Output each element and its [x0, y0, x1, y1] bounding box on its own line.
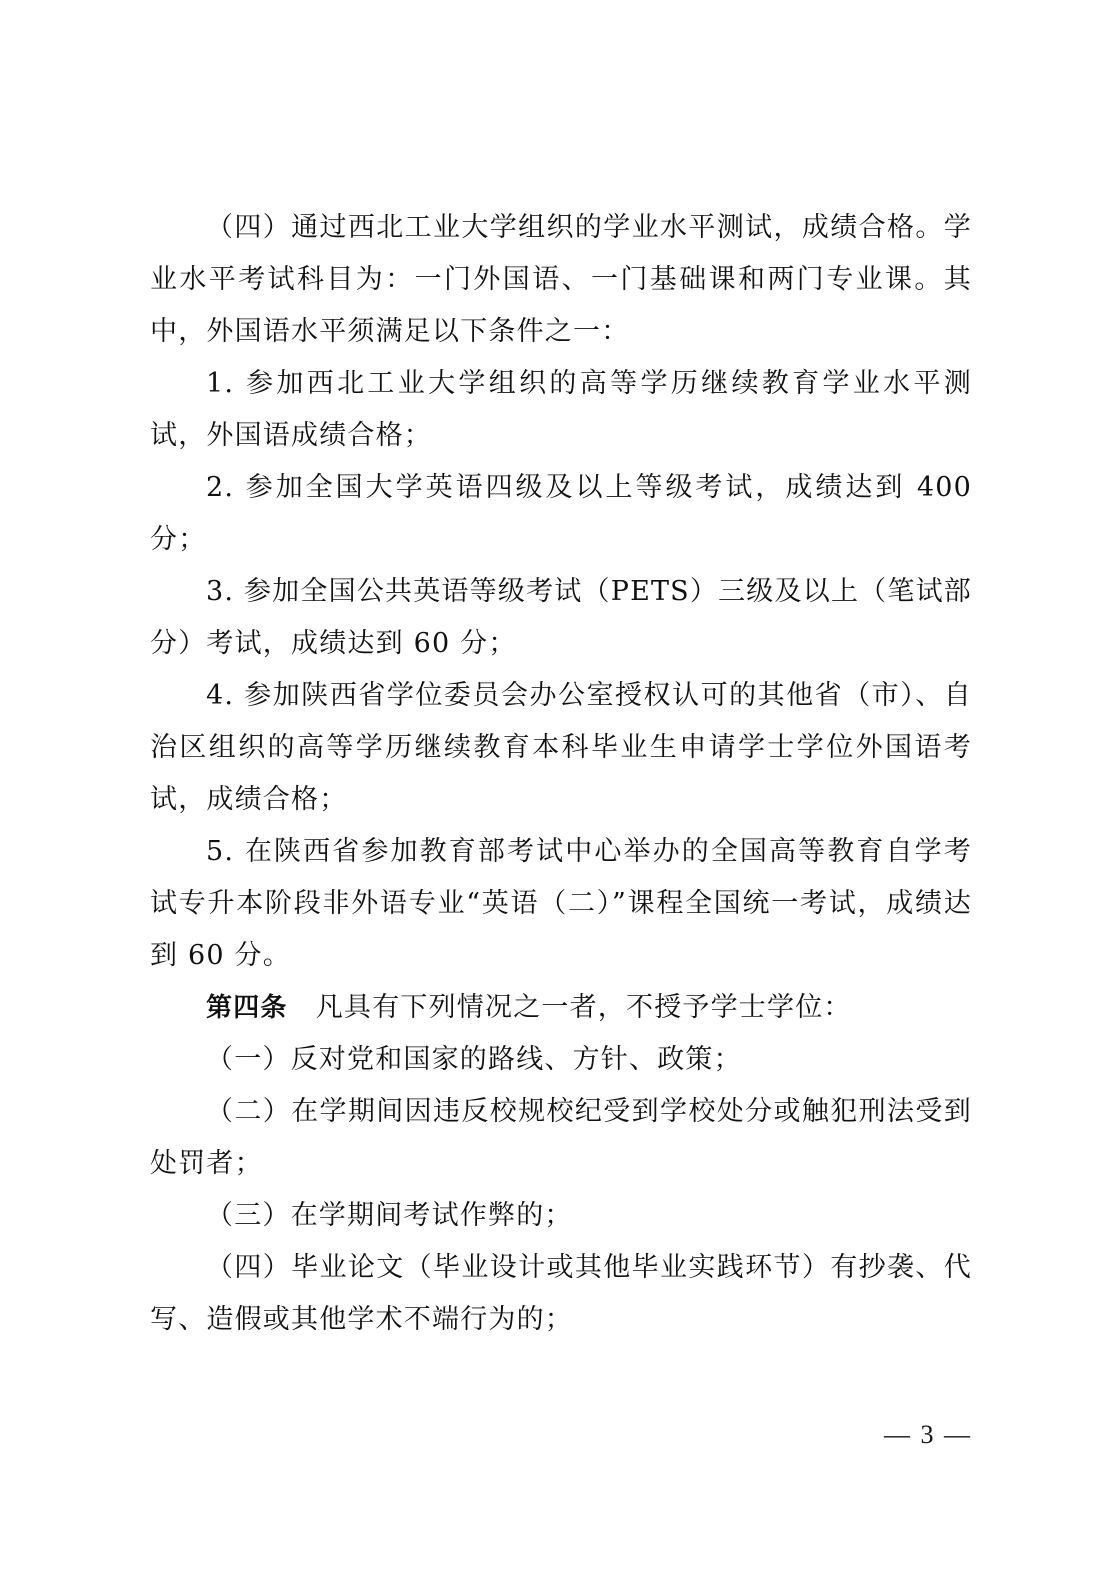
- paragraph-exclusion-3: （三）在学期间考试作弊的；: [150, 1190, 972, 1242]
- paragraph-degree-test-requirement: （四）通过西北工业大学组织的学业水平测试，成绩合格。学业水平考试科目为：一门外国…: [150, 202, 972, 358]
- paragraph-condition-1: 1. 参加西北工业大学组织的高等学历继续教育学业水平测试，外国语成绩合格；: [150, 358, 972, 462]
- paragraph-exclusion-2: （二）在学期间因违反校规校纪受到学校处分或触犯刑法受到处罚者；: [150, 1086, 972, 1190]
- article-text: 凡具有下列情况之一者，不授予学士学位：: [288, 992, 852, 1023]
- paragraph-condition-3: 3. 参加全国公共英语等级考试（PETS）三级及以上（笔试部分）考试，成绩达到 …: [150, 566, 972, 670]
- document-body: （四）通过西北工业大学组织的学业水平测试，成绩合格。学业水平考试科目为：一门外国…: [150, 202, 972, 1346]
- paragraph-article-4: 第四条 凡具有下列情况之一者，不授予学士学位：: [150, 982, 972, 1034]
- article-heading: 第四条: [206, 993, 288, 1023]
- paragraph-exclusion-4: （四）毕业论文（毕业设计或其他毕业实践环节）有抄袭、代写、造假或其他学术不端行为…: [150, 1242, 972, 1346]
- paragraph-condition-5: 5. 在陕西省参加教育部考试中心举办的全国高等教育自学考试专升本阶段非外语专业“…: [150, 826, 972, 982]
- paragraph-exclusion-1: （一）反对党和国家的路线、方针、政策；: [150, 1034, 972, 1086]
- paragraph-condition-2: 2. 参加全国大学英语四级及以上等级考试，成绩达到 400 分；: [150, 462, 972, 566]
- page-number: — 3 —: [878, 1420, 978, 1450]
- paragraph-condition-4: 4. 参加陕西省学位委员会办公室授权认可的其他省（市）、自治区组织的高等学历继续…: [150, 670, 972, 826]
